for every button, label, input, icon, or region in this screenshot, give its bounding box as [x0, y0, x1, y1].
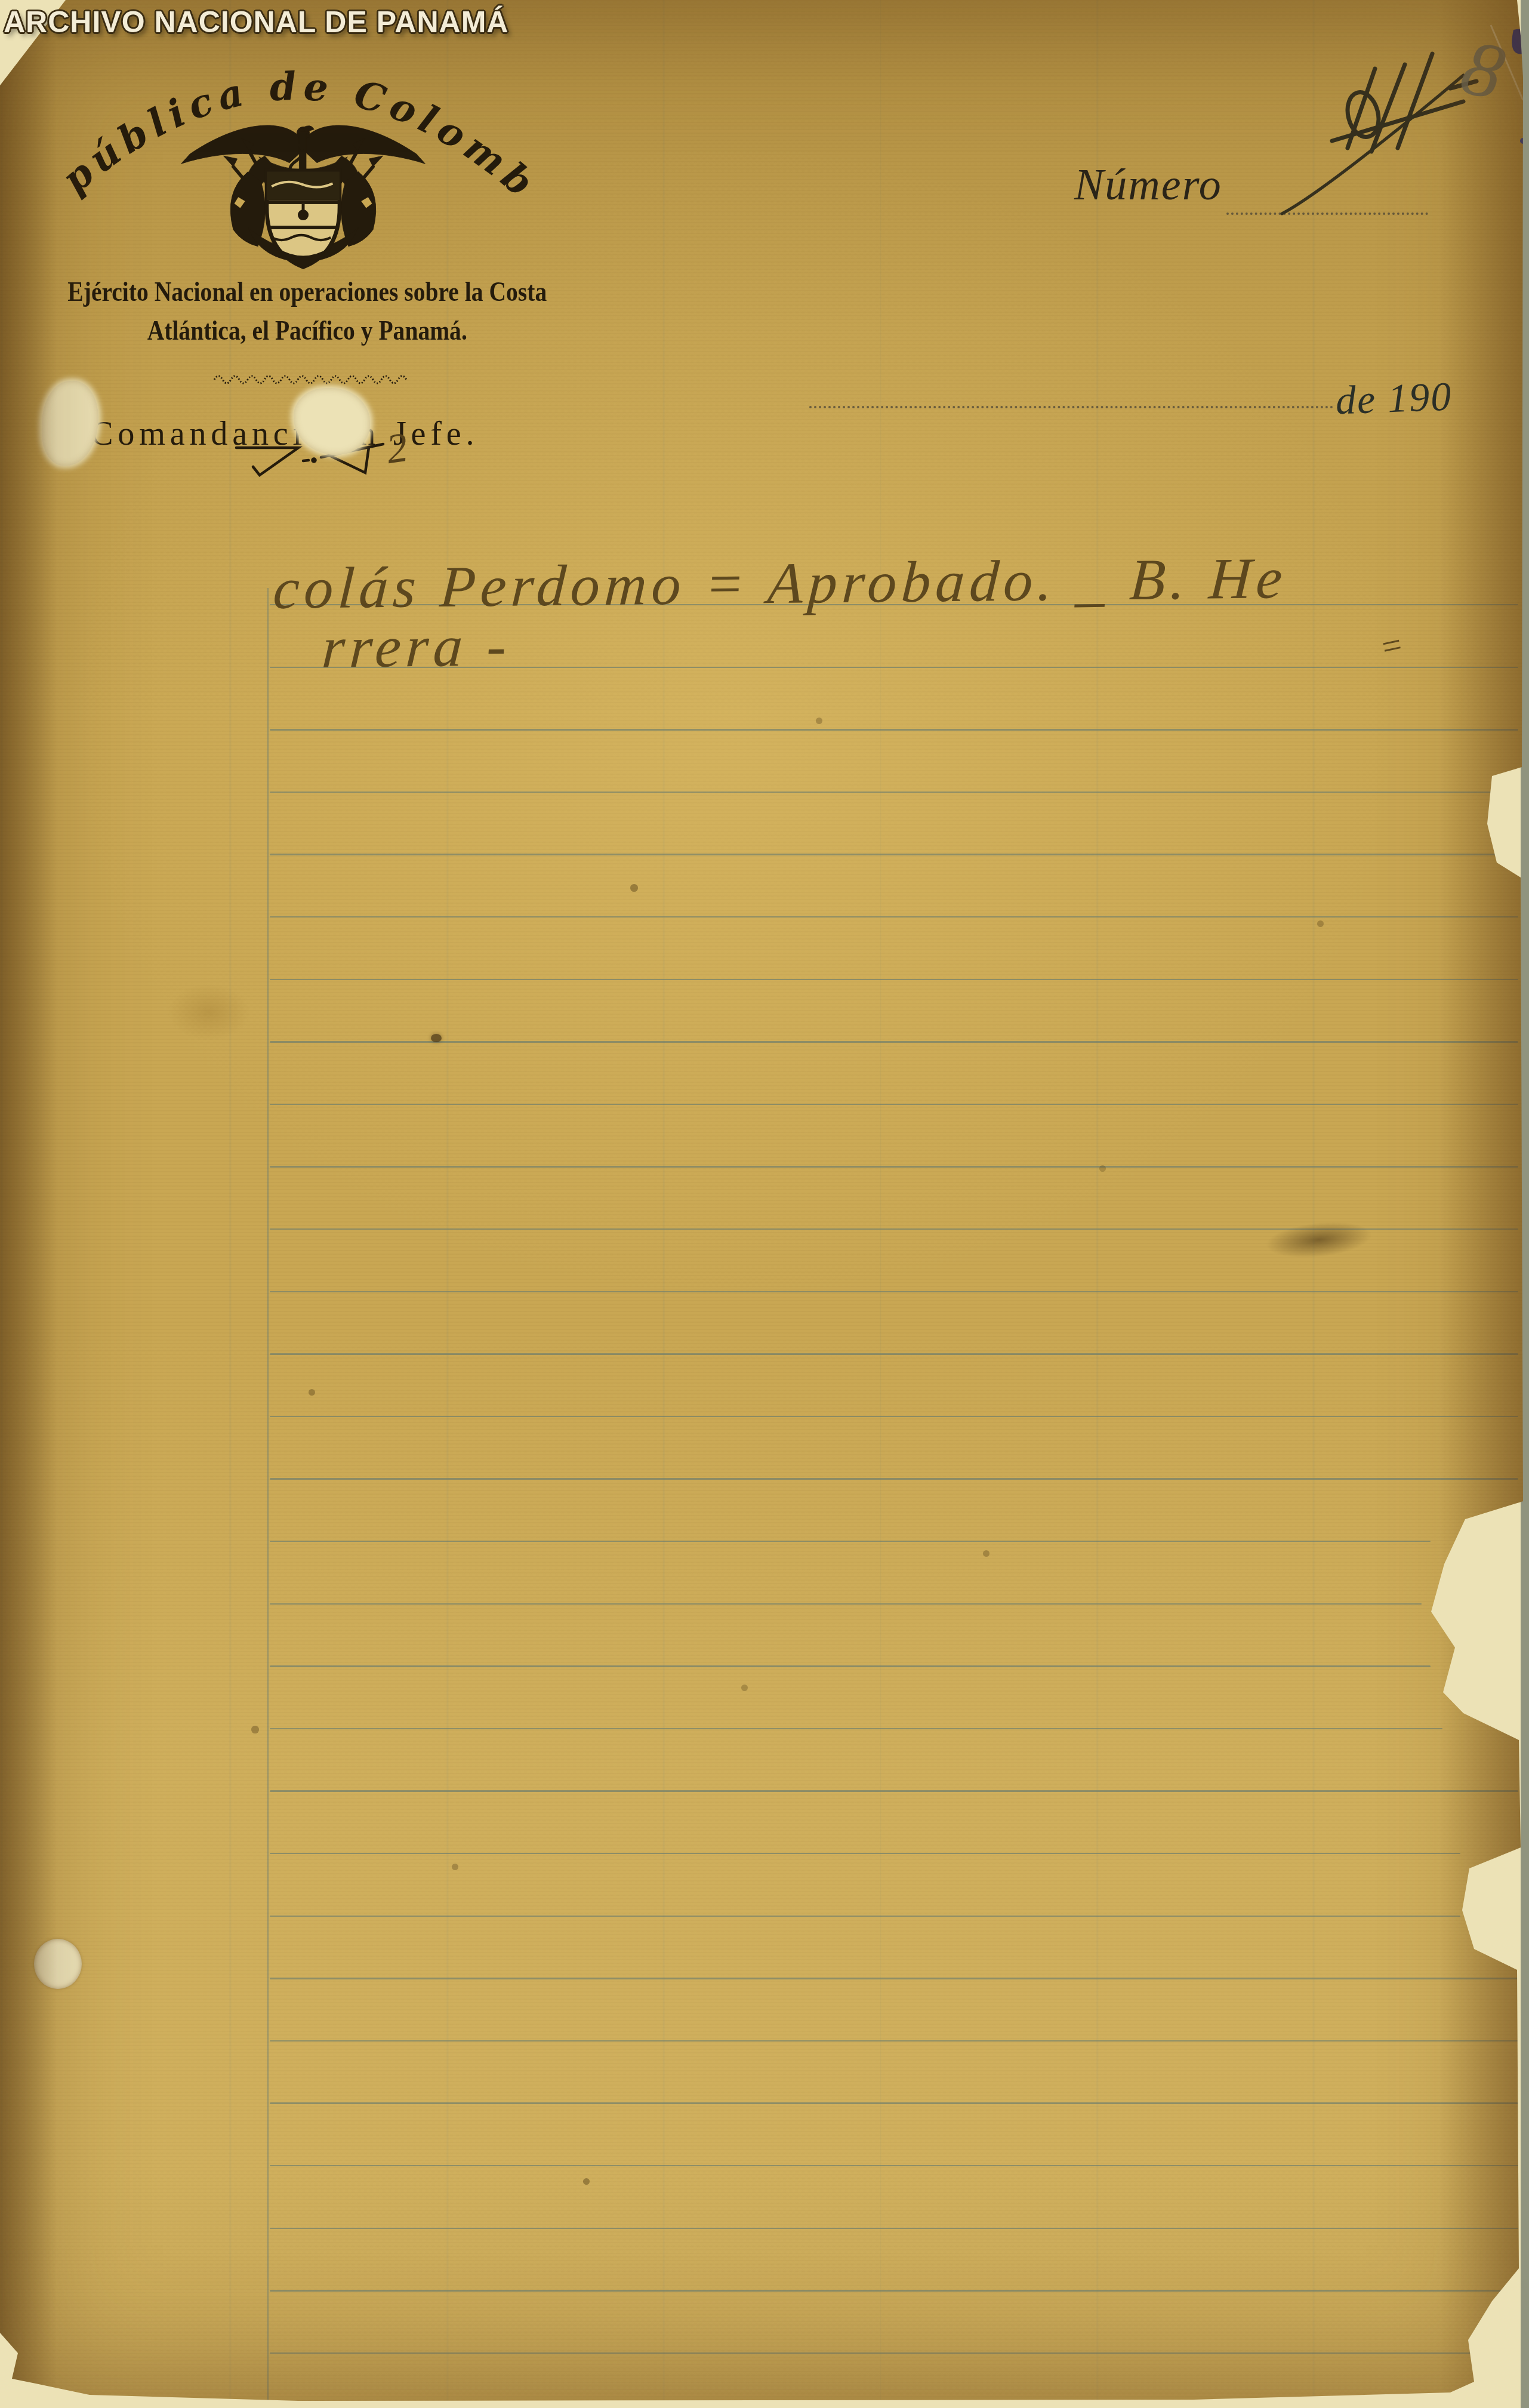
aged-letter-sheet: República de Colombia. — [0, 0, 1529, 2408]
handwriting-continuation-mark: = — [1376, 624, 1407, 668]
date-suffix-label: de 190 — [1335, 373, 1453, 424]
edge-toning-left — [0, 0, 57, 2408]
light-stain — [167, 984, 251, 1040]
ruled-line — [270, 1978, 1518, 1979]
ruled-line — [270, 1353, 1518, 1354]
dark-spot — [431, 1034, 442, 1042]
ruled-line — [270, 1166, 1518, 1167]
scanned-document-page: República de Colombia. — [0, 0, 1529, 2408]
edge-toning-right — [1439, 0, 1529, 2408]
org-name-line1: Ejército Nacional en operaciones sobre l… — [24, 276, 591, 307]
ruled-line — [270, 1603, 1422, 1605]
ruled-line — [270, 1728, 1442, 1729]
ruled-line — [270, 1416, 1518, 1417]
ruled-line — [270, 854, 1518, 855]
ruled-line — [270, 1291, 1518, 1292]
ink-smudge-stain — [1263, 1217, 1374, 1262]
ruled-line — [270, 1541, 1431, 1542]
ruled-line — [270, 729, 1518, 730]
margin-rule-line — [267, 588, 269, 2400]
ruled-line — [270, 1104, 1518, 1105]
ruled-line — [270, 1041, 1518, 1042]
ruled-line — [270, 2352, 1481, 2354]
ruled-line — [270, 2228, 1518, 2229]
org-name-line1-text: Ejército Nacional en operaciones sobre l… — [68, 276, 547, 307]
org-name-line2: Atlántica, el Pacífico y Panamá. — [24, 315, 591, 346]
archive-watermark: ARCHIVO NACIONAL DE PANAMÁ — [4, 5, 508, 39]
handwriting-line2: rrera - — [320, 612, 513, 681]
ruled-line — [270, 2165, 1518, 2166]
handwriting-line1: colás Perdomo = Aprobado. _ B. He — [272, 545, 1289, 623]
ruled-line — [270, 1916, 1460, 1917]
ruled-line — [270, 916, 1518, 917]
ruled-line — [270, 2102, 1518, 2104]
org-name-line2-text: Atlántica, el Pacífico y Panamá. — [147, 315, 467, 346]
edge-vignette — [0, 0, 1529, 2408]
ruled-line — [270, 1790, 1518, 1791]
squiggle-ornament-icon — [212, 370, 418, 386]
date-dotted-line — [809, 404, 1333, 408]
ruled-line — [270, 979, 1518, 980]
ruled-line — [270, 2290, 1505, 2291]
ruled-line — [270, 1853, 1460, 1854]
paper-freckles — [0, 0, 3, 3]
ruled-line — [270, 792, 1518, 793]
ruled-line — [270, 1478, 1518, 1479]
colombia-coat-of-arms-icon — [172, 109, 434, 271]
ruled-line — [270, 2040, 1518, 2041]
numero-label: Número — [1074, 160, 1222, 211]
ruled-line — [270, 1665, 1431, 1667]
